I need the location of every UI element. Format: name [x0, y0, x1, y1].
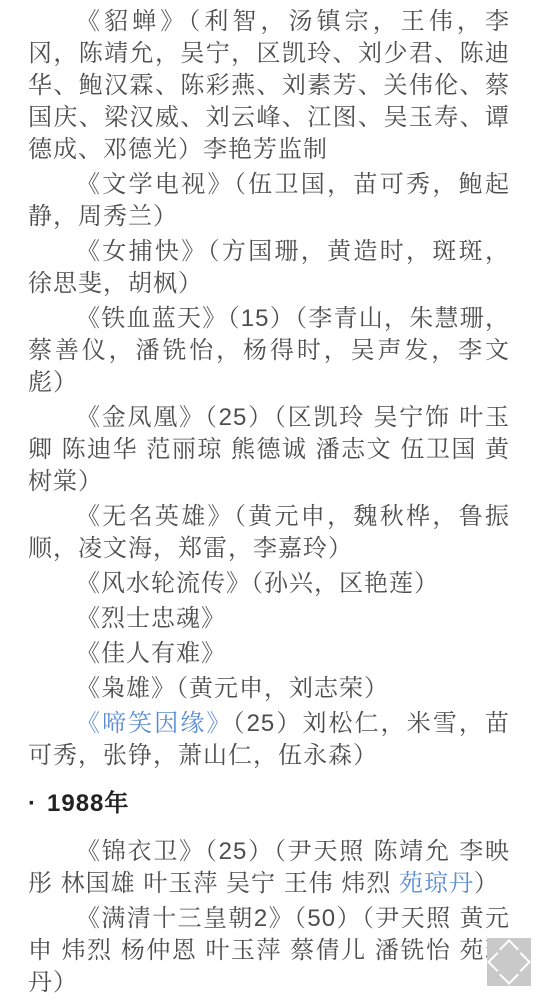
text-segment: 《风水轮流传》（孙兴，区艳莲）: [76, 570, 439, 597]
entity-link[interactable]: 《啼笑因缘》: [76, 710, 233, 737]
paragraph: 《满清十三皇朝2》（50）（尹天照 黄元申 炜烈 杨仲恩 叶玉萍 蔡倩儿 潘铣怡…: [28, 903, 510, 999]
paragraph: 《啼笑因缘》（25）刘松仁，米雪，苗可秀，张铮，萧山仁，伍永森）: [28, 708, 510, 772]
year-heading: ·1988年: [28, 788, 510, 820]
text-segment: ）: [474, 870, 499, 897]
paragraph: 《文学电视》（伍卫国，苗可秀，鲍起静，周秀兰）: [28, 169, 510, 233]
text-segment: 《满清十三皇朝2》（50）（尹天照 黄元申 炜烈 杨仲恩 叶玉萍 蔡倩儿 潘铣怡…: [28, 905, 510, 996]
paragraph: 《锦衣卫》（25）（尹天照 陈靖允 李映彤 林国雄 叶玉萍 吴宁 王伟 炜烈 苑…: [28, 836, 510, 900]
text-segment: 《铁血蓝天》（15）（李青山，朱慧珊，蔡善仪，潘铣怡，杨得时，吴声发，李文彪）: [28, 305, 510, 396]
paragraph: 《铁血蓝天》（15）（李青山，朱慧珊，蔡善仪，潘铣怡，杨得时，吴声发，李文彪）: [28, 303, 510, 399]
text-segment: 《枭雄》（黄元申，刘志荣）: [76, 675, 389, 702]
entity-link[interactable]: 苑琼丹: [399, 870, 474, 897]
paragraph: 《佳人有难》: [28, 638, 510, 670]
paragraph: 《烈士忠魂》: [28, 603, 510, 635]
text-segment: 《佳人有难》: [76, 640, 226, 667]
paragraph: 《金凤凰》（25）（区凯玲 吴宁饰 叶玉卿 陈迪华 范丽琼 熊德诚 潘志文 伍卫…: [28, 402, 510, 498]
text-segment: 《金凤凰》（25）（区凯玲 吴宁饰 叶玉卿 陈迪华 范丽琼 熊德诚 潘志文 伍卫…: [28, 404, 510, 495]
article-body: 《貂蝉》（利智，汤镇宗，王伟，李冈，陈靖允，吴宁，区凯玲、刘少君、陈迪华、鲍汉霖…: [0, 0, 540, 999]
paragraph: 《女捕快》（方国珊，黄造时，斑斑，徐思斐，胡枫）: [28, 236, 510, 300]
pan-navigation-widget[interactable]: [487, 938, 531, 986]
chevron-right-icon[interactable]: [511, 952, 531, 972]
text-segment: 《文学电视》（伍卫国，苗可秀，鲍起静，周秀兰）: [28, 171, 510, 230]
paragraph: 《风水轮流传》（孙兴，区艳莲）: [28, 568, 510, 600]
bullet-icon: ·: [28, 788, 37, 820]
chevron-down-icon[interactable]: [499, 965, 519, 985]
paragraph: 《无名英雄》（黄元申，魏秋桦，鲁振顺，凌文海，郑雷，李嘉玲）: [28, 501, 510, 565]
text-segment: 《无名英雄》（黄元申，魏秋桦，鲁振顺，凌文海，郑雷，李嘉玲）: [28, 503, 510, 562]
text-segment: 《烈士忠魂》: [76, 605, 226, 632]
text-segment: 《女捕快》（方国珊，黄造时，斑斑，徐思斐，胡枫）: [28, 238, 510, 297]
paragraph: 《貂蝉》（利智，汤镇宗，王伟，李冈，陈靖允，吴宁，区凯玲、刘少君、陈迪华、鲍汉霖…: [28, 6, 510, 166]
paragraph: 《枭雄》（黄元申，刘志荣）: [28, 673, 510, 705]
year-heading-label: 1988年: [47, 790, 129, 817]
text-segment: 《貂蝉》（利智，汤镇宗，王伟，李冈，陈靖允，吴宁，区凯玲、刘少君、陈迪华、鲍汉霖…: [28, 8, 510, 163]
